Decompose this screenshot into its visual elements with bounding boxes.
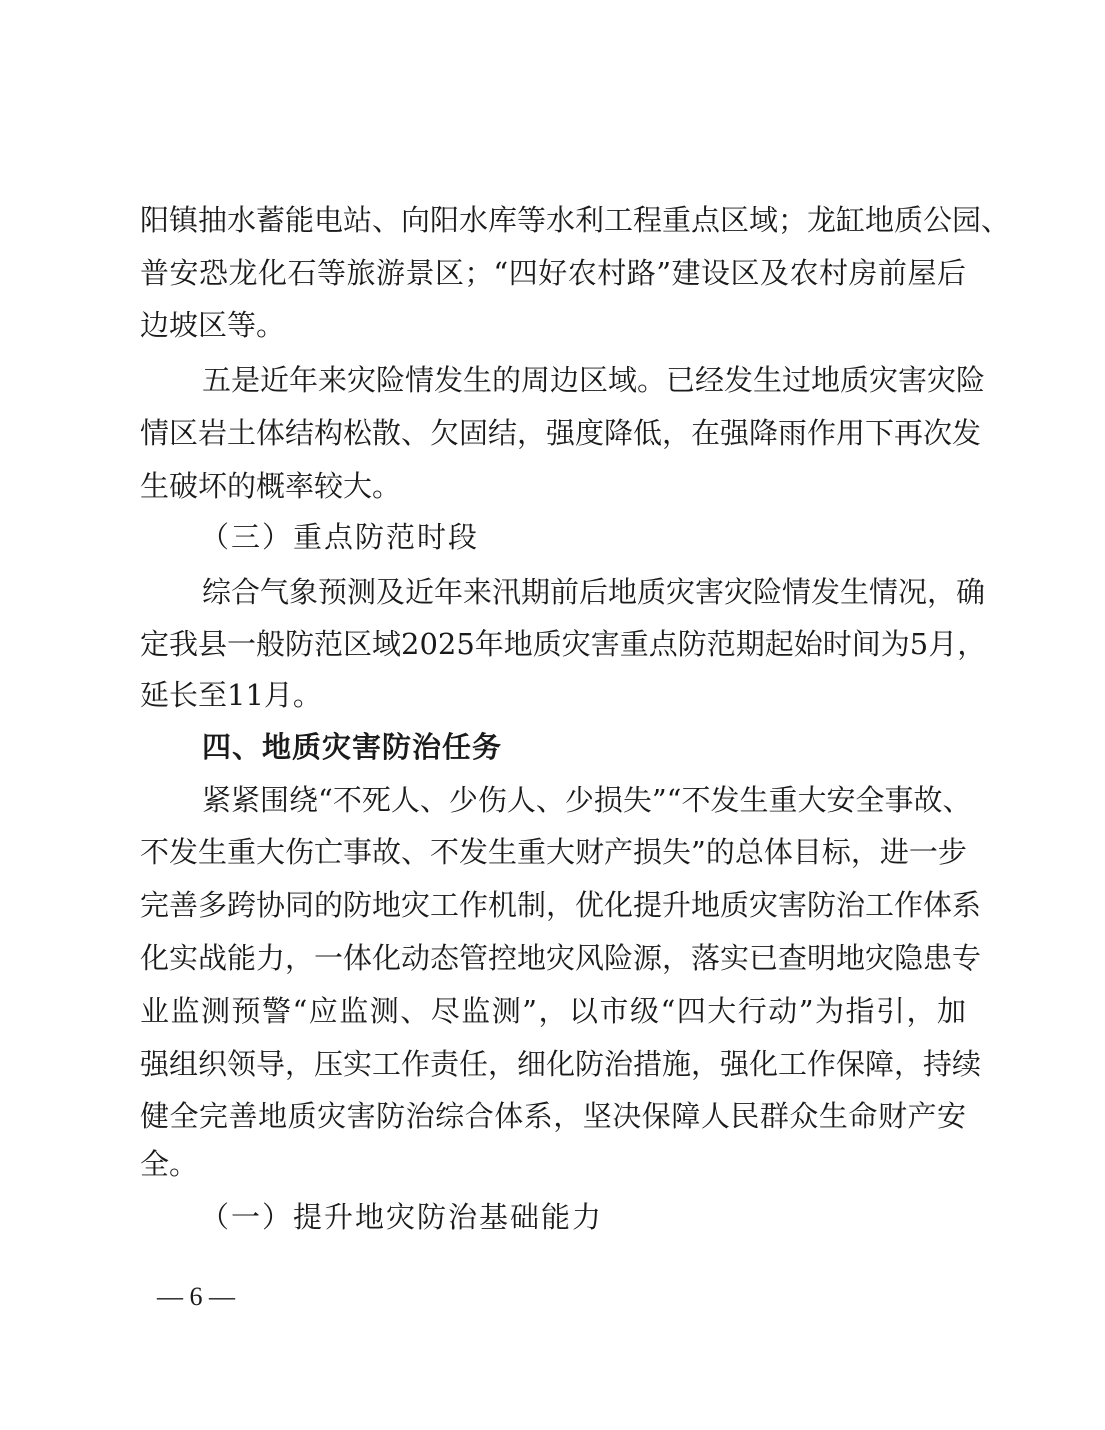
paragraph-3-line-2: 定我县一般防范区域2025年地质灾害重点防范期起始时间为5月， bbox=[140, 618, 966, 670]
paragraph-4-line-1: 紧紧围绕“不死人、少伤人、少损失”“不发生重大安全事故、 bbox=[202, 774, 966, 826]
subheading-key-prevention-period: （三）重点防范时段 bbox=[200, 511, 479, 563]
paragraph-4-line-5: 业监测预警“应监测、尽监测”，以市级“四大行动”为指引，加 bbox=[140, 985, 966, 1037]
section-heading-prevention-tasks: 四、地质灾害防治任务 bbox=[202, 721, 502, 773]
paragraph-3-line-3: 延长至11月。 bbox=[140, 669, 966, 721]
paragraph-1-line-3: 边坡区等。 bbox=[140, 299, 966, 351]
paragraph-4-line-2: 不发生重大伤亡事故、不发生重大财产损失”的总体目标，进一步 bbox=[140, 826, 966, 878]
paragraph-3-line-1: 综合气象预测及近年来汛期前后地质灾害灾险情发生情况，确 bbox=[202, 566, 966, 618]
paragraph-1-line-2: 普安恐龙化石等旅游景区；“四好农村路”建设区及农村房前屋后 bbox=[140, 247, 966, 299]
paragraph-2-line-1: 五是近年来灾险情发生的周边区域。已经发生过地质灾害灾险 bbox=[202, 354, 966, 406]
paragraph-2-line-3: 生破坏的概率较大。 bbox=[140, 460, 966, 512]
paragraph-4-line-6: 强组织领导，压实工作责任，细化防治措施，强化工作保障，持续 bbox=[140, 1038, 966, 1090]
paragraph-4-line-7: 健全完善地质灾害防治综合体系，坚决保障人民群众生命财产安 bbox=[140, 1090, 966, 1142]
paragraph-4-line-3: 完善多跨协同的防地灾工作机制，优化提升地质灾害防治工作体系 bbox=[140, 879, 966, 931]
paragraph-2-line-2: 情区岩土体结构松散、欠固结，强度降低，在强降雨作用下再次发 bbox=[140, 407, 966, 459]
document-page: 阳镇抽水蓄能电站、向阳水库等水利工程重点区域；龙缸地质公园、 普安恐龙化石等旅游… bbox=[0, 0, 1105, 1430]
paragraph-1-line-1: 阳镇抽水蓄能电站、向阳水库等水利工程重点区域；龙缸地质公园、 bbox=[140, 194, 966, 246]
page-number: — 6 — bbox=[157, 1280, 235, 1314]
paragraph-4-line-4: 化实战能力，一体化动态管控地灾风险源，落实已查明地灾隐患专 bbox=[140, 932, 966, 984]
paragraph-4-line-8: 全。 bbox=[140, 1138, 966, 1190]
subheading-improve-basic-capability: （一）提升地灾防治基础能力 bbox=[200, 1191, 603, 1243]
